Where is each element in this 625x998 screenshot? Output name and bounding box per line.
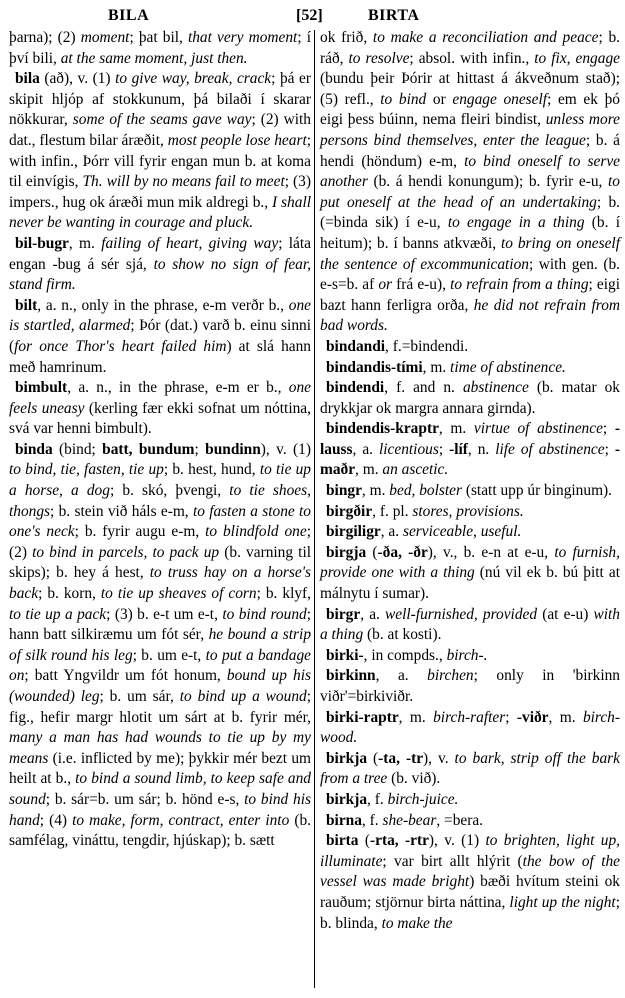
translation: to give way, break, crack bbox=[115, 70, 271, 87]
headword: -ta, -tr bbox=[378, 750, 423, 767]
entry-text: , a. bbox=[381, 523, 403, 540]
headword: bingr bbox=[326, 482, 362, 499]
translation: or bbox=[378, 276, 392, 293]
headword: birgr bbox=[326, 606, 360, 623]
entry-continuation: þarna); (2) moment; þat bil, that very m… bbox=[9, 28, 311, 69]
dictionary-entry: bilt, a. n., only in the phrase, e-m ver… bbox=[9, 296, 311, 378]
dictionary-entry: birgr, a. well-furnished, provided (at e… bbox=[320, 605, 620, 646]
entry-text: (b. við). bbox=[387, 770, 440, 787]
headword: binda bbox=[15, 441, 53, 458]
right-guide-word: BIRTA bbox=[368, 7, 419, 25]
translation: to blindfold one bbox=[205, 523, 307, 540]
headword: bindandi bbox=[326, 338, 385, 355]
dictionary-entry: birki-raptr, m. birch-rafter; -viðr, m. … bbox=[320, 708, 620, 749]
entry-text: (at e-u) bbox=[537, 606, 593, 623]
headword: -líf bbox=[449, 441, 468, 458]
entry-text: ok frið, bbox=[320, 29, 373, 46]
entry-text: , f. and n. bbox=[384, 379, 463, 396]
translation: abstinence bbox=[463, 379, 529, 396]
entry-text: (b. á hendi konungum); b. fyrir e-u, bbox=[368, 173, 608, 190]
dictionary-entry: bil-bugr, m. failing of heart, giving wa… bbox=[9, 234, 311, 296]
entry-text: , m. bbox=[355, 461, 382, 478]
translation: engage oneself bbox=[452, 91, 547, 108]
translation: at the same moment, just then. bbox=[61, 50, 248, 67]
translation: to make the bbox=[382, 915, 453, 932]
dictionary-entry: bindendi, f. and n. abstinence (b. matar… bbox=[320, 378, 620, 419]
entry-text: , m. bbox=[362, 482, 389, 499]
dictionary-entry: bimbult, a. n., in the phrase, e-m er b.… bbox=[9, 378, 311, 440]
entry-text: , =bera. bbox=[436, 812, 483, 829]
headword: -ða, -ðr bbox=[378, 544, 428, 561]
entry-text: ; b. stein við háls e-m, bbox=[50, 503, 193, 520]
translation: to resolve bbox=[349, 50, 410, 67]
entry-text: ; b. um e-t, bbox=[133, 647, 206, 664]
entry-text: or bbox=[426, 91, 452, 108]
translation: stores, provisions. bbox=[412, 503, 523, 520]
translation: licentious bbox=[379, 441, 439, 458]
translation: to engage in a thing bbox=[448, 214, 585, 231]
translation: to bind up a wound bbox=[180, 688, 307, 705]
headword: bila bbox=[15, 70, 40, 87]
entry-text: , in compds., bbox=[364, 647, 447, 664]
translation: to bind bbox=[380, 91, 426, 108]
headword: bundinn bbox=[205, 441, 261, 458]
entry-text: , a. bbox=[376, 667, 428, 684]
dictionary-entry: bindandi, f.=bindendi. bbox=[320, 337, 620, 358]
entry-text: , m. bbox=[399, 709, 433, 726]
entry-text: ; absol. with infin., bbox=[409, 50, 534, 67]
entry-text: ; b. skó, þvengi, bbox=[110, 482, 229, 499]
column-divider bbox=[314, 30, 315, 988]
translation: that very moment bbox=[188, 29, 297, 46]
entry-text: , f. bbox=[362, 812, 383, 829]
headword: -rta, -rtr bbox=[370, 832, 429, 849]
dictionary-entry: birgja (-ða, -ðr), v., b. e-n at e-u, to… bbox=[320, 543, 620, 605]
translation: to bind in parcels, to pack up bbox=[32, 544, 219, 561]
entry-text: ; var birt allt hlýrit ( bbox=[382, 853, 522, 870]
dictionary-entry: birki-, in compds., birch-. bbox=[320, 646, 620, 667]
entry-text: ; bbox=[605, 441, 615, 458]
headword: birkinn bbox=[326, 667, 376, 684]
headword: -viðr bbox=[517, 709, 549, 726]
translation: serviceable, useful. bbox=[403, 523, 521, 540]
translation: most people lose heart bbox=[168, 132, 307, 149]
translation: to fix, engage bbox=[534, 50, 620, 67]
translation: some of the seams gave way bbox=[73, 111, 252, 128]
headword: birki-raptr bbox=[326, 709, 399, 726]
translation: to refrain from a thing bbox=[450, 276, 588, 293]
entry-text: , a. bbox=[360, 606, 385, 623]
entry-text: , a. bbox=[353, 441, 379, 458]
translation: an ascetic. bbox=[382, 461, 448, 478]
translation: birch-juice. bbox=[388, 791, 459, 808]
entry-text: , m. bbox=[439, 420, 474, 437]
dictionary-entry: bingr, m. bed, bolster (statt upp úr bin… bbox=[320, 481, 620, 502]
translation: birch-rafter bbox=[433, 709, 505, 726]
entry-text: , f.=bindendi. bbox=[385, 338, 468, 355]
entry-text: ; bbox=[603, 420, 615, 437]
entry-text: (b. at kosti). bbox=[363, 626, 441, 643]
translation: birch-. bbox=[447, 647, 488, 664]
translation: bed, bolster bbox=[389, 482, 462, 499]
translation: Th. will by no means fail to meet bbox=[82, 173, 284, 190]
translation: time of abstinence. bbox=[450, 359, 566, 376]
headword: birkja bbox=[326, 750, 367, 767]
headword: bimbult bbox=[15, 379, 67, 396]
entry-text: , a. n., only in the phrase, e-m verðr b… bbox=[37, 297, 289, 314]
entry-text: ; (4) bbox=[40, 812, 72, 829]
headword: birkja bbox=[326, 791, 367, 808]
translation: for once Thor's heart failed him bbox=[14, 338, 226, 355]
entry-text: (að), v. (1) bbox=[40, 70, 115, 87]
entry-text: , f. bbox=[367, 791, 388, 808]
entry-text: , m. bbox=[69, 235, 101, 252]
entry-text: , m. bbox=[423, 359, 450, 376]
entry-text: , m. bbox=[549, 709, 583, 726]
dictionary-entry: bindendis-kraptr, m. virtue of abstinenc… bbox=[320, 419, 620, 481]
entry-text: ( bbox=[367, 750, 378, 767]
running-head: BILA [52] BIRTA bbox=[0, 5, 625, 27]
entry-text: ; bbox=[195, 441, 206, 458]
translation: birchen bbox=[427, 667, 473, 684]
entry-text: ), v. (1) bbox=[429, 832, 486, 849]
right-column: ok frið, to make a reconciliation and pe… bbox=[320, 28, 620, 934]
dictionary-entry: bindandis-tími, m. time of abstinence. bbox=[320, 358, 620, 379]
dictionary-entry: birkinn, a. birchen; only in 'birkinn vi… bbox=[320, 666, 620, 707]
translation: to make a reconciliation and peace bbox=[373, 29, 599, 46]
translation: to make, form, contract, enter into bbox=[72, 812, 289, 829]
dictionary-entry: bila (að), v. (1) to give way, break, cr… bbox=[9, 69, 311, 234]
entry-text: frá e-u), bbox=[392, 276, 450, 293]
entry-text: ), v. (1) bbox=[261, 441, 311, 458]
translation: to bind round bbox=[222, 606, 306, 623]
headword: birgja bbox=[326, 544, 366, 561]
entry-text: ; batt Yngvildr um fót honum, bbox=[24, 667, 227, 684]
translation: she-bear bbox=[382, 812, 436, 829]
headword: birta bbox=[326, 832, 359, 849]
headword: bil-bugr bbox=[15, 235, 69, 252]
entry-text: ), v. bbox=[423, 750, 455, 767]
entry-text: ( bbox=[366, 544, 377, 561]
dictionary-entry: birta (-rta, -rtr), v. (1) to brighten, … bbox=[320, 831, 620, 934]
headword: bindendi bbox=[326, 379, 384, 396]
dictionary-entry: birkja (-ta, -tr), v. to bark, strip off… bbox=[320, 749, 620, 790]
left-guide-word: BILA bbox=[108, 7, 149, 25]
translation: to tie up sheaves of corn bbox=[101, 585, 257, 602]
headword: bindendis-kraptr bbox=[326, 420, 439, 437]
headword: bilt bbox=[15, 297, 37, 314]
page-number: [52] bbox=[296, 7, 323, 25]
entry-text: ; b. um sár, bbox=[100, 688, 180, 705]
entry-text: ; b. fyrir augu e-m, bbox=[75, 523, 205, 540]
entry-text: , a. n., in the phrase, e-m er b., bbox=[67, 379, 289, 396]
dictionary-entry: birgðir, f. pl. stores, provisions. bbox=[320, 502, 620, 523]
entry-text: ; (3) b. e-t um e-t, bbox=[106, 606, 222, 623]
dictionary-entry: birna, f. she-bear, =bera. bbox=[320, 811, 620, 832]
entry-text: ; þat bil, bbox=[129, 29, 187, 46]
entry-text: ; b. hest, hund, bbox=[164, 461, 260, 478]
headword: birna bbox=[326, 812, 362, 829]
translation: to bind, tie, fasten, tie up bbox=[9, 461, 164, 478]
entry-text: ), v., b. e-n at e-u, bbox=[428, 544, 555, 561]
translation: life of abstinence bbox=[495, 441, 604, 458]
translation: failing of heart, giving way bbox=[101, 235, 278, 252]
entry-text: ; bbox=[505, 709, 517, 726]
dictionary-entry: birgiligr, a. serviceable, useful. bbox=[320, 522, 620, 543]
dictionary-entry: binda (bind; batt, bundum; bundinn), v. … bbox=[9, 440, 311, 852]
entry-text: , f. pl. bbox=[372, 503, 412, 520]
entry-text: , n. bbox=[468, 441, 495, 458]
entry-text: (statt upp úr binginum). bbox=[462, 482, 612, 499]
entry-continuation: ok frið, to make a reconciliation and pe… bbox=[320, 28, 620, 337]
translation: virtue of abstinence bbox=[474, 420, 603, 437]
headword: birki- bbox=[326, 647, 364, 664]
entry-text: ; b. korn, bbox=[38, 585, 101, 602]
entry-text: þarna); (2) bbox=[9, 29, 81, 46]
headword: birgðir bbox=[326, 503, 372, 520]
headword: batt, bundum bbox=[102, 441, 194, 458]
translation: well-furnished, provided bbox=[385, 606, 537, 623]
dictionary-entry: birkja, f. birch-juice. bbox=[320, 790, 620, 811]
left-column: þarna); (2) moment; þat bil, that very m… bbox=[9, 28, 311, 852]
entry-text: ; b. klyf, bbox=[257, 585, 311, 602]
entry-text: ( bbox=[359, 832, 371, 849]
entry-text: ; bbox=[439, 441, 449, 458]
translation: to tie up a pack bbox=[9, 606, 106, 623]
headword: bindandis-tími bbox=[326, 359, 423, 376]
translation: light up the night bbox=[509, 894, 615, 911]
headword: birgiligr bbox=[326, 523, 381, 540]
entry-text: ; b. sár=b. um sár; b. hönd e-s, bbox=[46, 791, 244, 808]
entry-text: (bind; bbox=[53, 441, 103, 458]
translation: moment bbox=[81, 29, 130, 46]
